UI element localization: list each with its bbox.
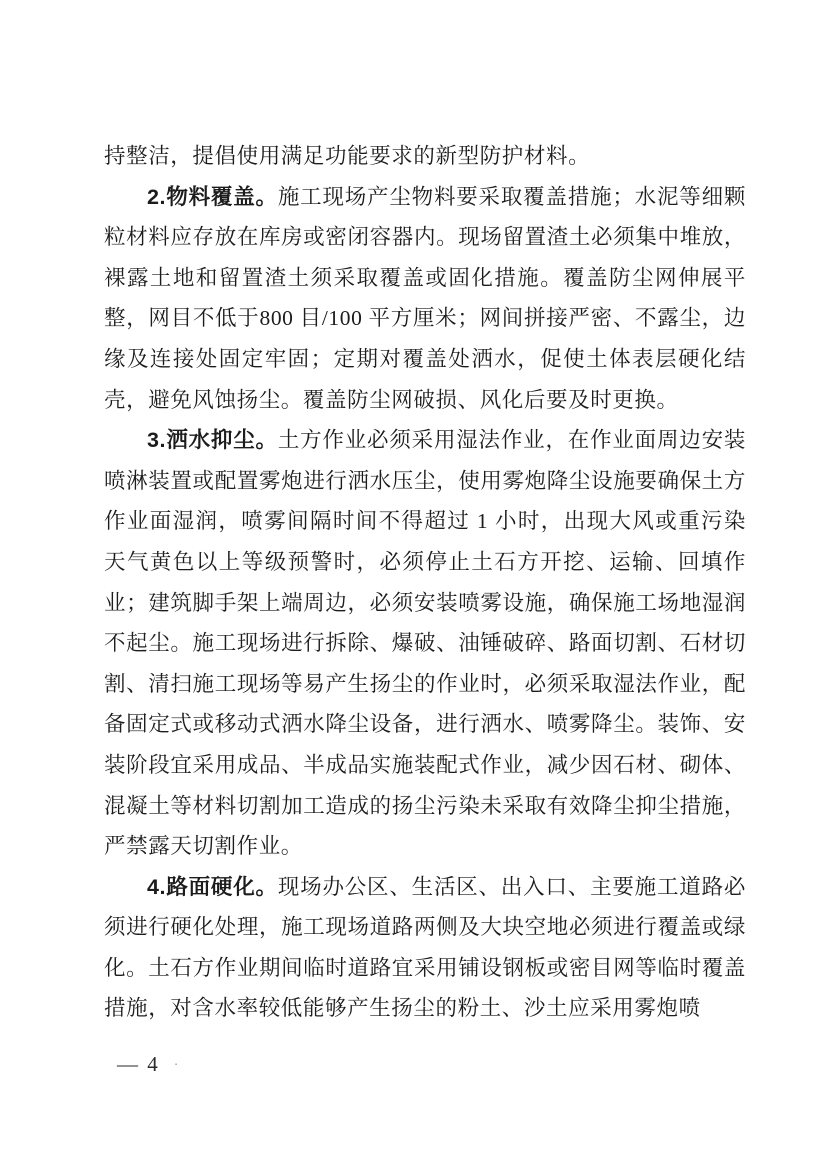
paragraph-heading: 3.洒水抑尘。 <box>147 428 278 452</box>
paragraph-text: 土方作业必须采用湿法作业，在作业面周边安装喷淋装置或配置雾炮进行洒水压尘，使用雾… <box>104 428 746 858</box>
paragraph-heading: 2.物料覆盖。 <box>147 185 278 209</box>
page-number: — 4 <box>117 1052 160 1076</box>
paragraph-road-hardening: 4.路面硬化。现场办公区、生活区、出入口、主要施工道路必须进行硬化处理，施工现场… <box>104 867 746 1029</box>
paragraph-heading: 4.路面硬化。 <box>147 875 278 899</box>
document-page: 持整洁，提倡使用满足功能要求的新型防护材料。 2.物料覆盖。施工现场产尘物料要采… <box>0 0 826 1168</box>
paragraph-material-covering: 2.物料覆盖。施工现场产尘物料要采取覆盖措施；水泥等细颗粒材料应存放在库房或密闭… <box>104 177 746 421</box>
page-footer: — 4· <box>117 1052 180 1077</box>
paragraph-water-spraying: 3.洒水抑尘。土方作业必须采用湿法作业，在作业面周边安装喷淋装置或配置雾炮进行洒… <box>104 420 746 867</box>
footer-dot: · <box>174 1058 181 1073</box>
paragraph-text: 持整洁，提倡使用满足功能要求的新型防护材料。 <box>104 144 590 168</box>
body-text: 持整洁，提倡使用满足功能要求的新型防护材料。 2.物料覆盖。施工现场产尘物料要采… <box>104 136 746 1029</box>
paragraph-text: 施工现场产尘物料要采取覆盖措施；水泥等细颗粒材料应存放在库房或密闭容器内。现场留… <box>104 185 746 412</box>
paragraph-continuation: 持整洁，提倡使用满足功能要求的新型防护材料。 <box>104 136 746 177</box>
